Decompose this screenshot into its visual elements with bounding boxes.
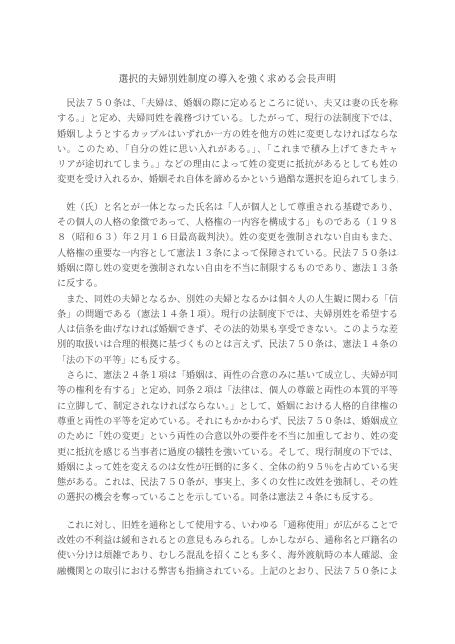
- text-line: 姓（氏）と名とが一体となった氏名は「人が個人として尊重される基礎であり、: [57, 200, 398, 215]
- paragraph-article-24: さらに、憲法２４条１項は「婚姻は、両性の合意のみに基いて成立し、夫婦が同 等の権…: [57, 368, 398, 506]
- paragraph-common-name-use: これに対し、旧姓を通称として使用する、いわゆる「通称使用」が広がることで 改姓の…: [57, 518, 398, 579]
- text-line: 「法の下の平等」にも反する。: [57, 353, 398, 368]
- document-title: 選択的夫婦別姓制度の導入を強く求める会長声明: [0, 73, 455, 87]
- text-line: 尊重と両性の平等を定めている。それにもかかわらず、民法７５０条は、婚姻成立: [57, 414, 398, 429]
- text-line: 使い分けは煩雑であり、むしろ混乱を招くことも多く、海外渡航時の本人確認、金: [57, 548, 398, 563]
- text-line: これに対し、旧姓を通称として使用する、いわゆる「通称使用」が広がることで: [57, 518, 398, 533]
- text-line: 態がある。これは、民法７５０条が、事実上、多くの女性に改姓を強制し、その姓: [57, 475, 398, 490]
- text-line: 人は信条を曲げなければ婚姻できず、その法的効果も享受できない。このような差: [57, 322, 398, 337]
- text-line: に立脚して、制定されなければならない。」として、婚姻における人格的自律権の: [57, 399, 398, 414]
- text-line: リアが途切れてしまう。」などの理由によって姓の変更に抵抗があるとしても姓の: [57, 157, 398, 172]
- text-line: 婚姻に際し姓の変更を強制されない自由を不当に制限するものであり、憲法１３条: [57, 261, 398, 276]
- text-line: のために「姓の変更」という両性の合意以外の要件を不当に加重しており、姓の変: [57, 429, 398, 444]
- text-line: 更に抵抗を感じる当事者に過度の犠牲を強いている。そして、現行制度の下では、: [57, 445, 398, 460]
- text-line: 融機関との取引における弊害も指摘されている。上記のとおり、民法７５０条によ: [57, 564, 398, 579]
- document-body: 民法７５０条は、「夫婦は、婚姻の際に定めるところに従い、夫又は妻の氏を称 する。…: [57, 96, 398, 579]
- text-line: 変更を受け入れるか、婚姻それ自体を諦めるかという過酷な選択を迫られてしまう。: [57, 172, 398, 187]
- text-line: 等の権利を有する」と定め、同条２項は「法律は、個人の尊厳と両性の本質的平等: [57, 383, 398, 398]
- text-line: の選択の機会を奪っていることを示している。同条は憲法２４条にも反する。: [57, 490, 398, 505]
- text-line: 人格権の重要な一内容として憲法１３条によって保障されている。民法７５０条は、: [57, 246, 398, 261]
- text-line: 民法７５０条は、「夫婦は、婚姻の際に定めるところに従い、夫又は妻の氏を称: [57, 96, 398, 111]
- text-line: さらに、憲法２４条１項は「婚姻は、両性の合意のみに基いて成立し、夫婦が同: [57, 368, 398, 383]
- paragraph-article-14: また、同姓の夫婦となるか、別姓の夫婦となるかは個々人の人生観に関わる「信 条」の…: [57, 292, 398, 368]
- text-line: 改姓の不利益は緩和されるとの意見もみられる。しかしながら、通称名と戸籍名の: [57, 533, 398, 548]
- text-line: に反する。: [57, 276, 398, 291]
- text-line: い。このため、「自分の姓に思い入れがある。」、「これまで積み上げてきたキャ: [57, 142, 398, 157]
- text-line: 婚姻によって姓を変えるのは女性が圧倒的に多く、全体の約９５％を占めている実: [57, 460, 398, 475]
- paragraph-gap: [57, 506, 398, 518]
- text-line: ８（昭和６３）年２月１６日最高裁判決）。姓の変更を強制されない自由もまた、: [57, 230, 398, 245]
- paragraph-article-13: 姓（氏）と名とが一体となった氏名は「人が個人として尊重される基礎であり、 その個…: [57, 200, 398, 292]
- text-line: また、同姓の夫婦となるか、別姓の夫婦となるかは個々人の人生観に関わる「信: [57, 292, 398, 307]
- text-line: する。」と定め、夫婦同姓を義務づけている。したがって、現行の法制度下では、: [57, 111, 398, 126]
- paragraph-gap: [57, 188, 398, 200]
- text-line: 婚姻しようとするカップルはいずれか一方の姓を他方の姓に変更しなければならな: [57, 127, 398, 142]
- text-line: 別的取扱いは合理的根拠に基づくものとは言えず、民法７５０条は、憲法１４条の: [57, 337, 398, 352]
- document-page: 選択的夫婦別姓制度の導入を強く求める会長声明 民法７５０条は、「夫婦は、婚姻の際…: [0, 0, 455, 644]
- text-line: その個人の人格の象徴であって、人格権の一内容を構成する」ものである（１９８: [57, 215, 398, 230]
- text-line: 条」の問題である（憲法１４条１項）。現行の法制度下では、夫婦別姓を希望する: [57, 307, 398, 322]
- paragraph-civil-code-750: 民法７５０条は、「夫婦は、婚姻の際に定めるところに従い、夫又は妻の氏を称 する。…: [57, 96, 398, 188]
